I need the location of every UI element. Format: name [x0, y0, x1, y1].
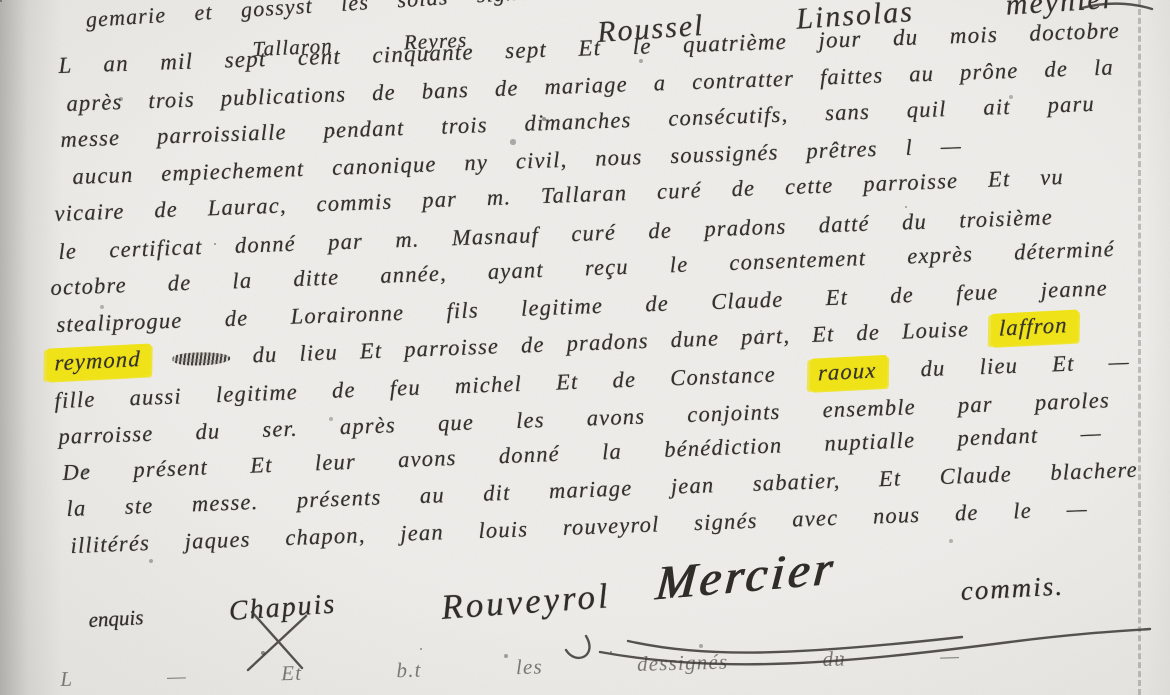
- manuscript-scan-page: gemarie et gossyst les solas signée Rous…: [0, 0, 1170, 695]
- highlight-reymond: reymond: [46, 343, 151, 380]
- signature-commis: commis.: [960, 571, 1065, 607]
- ink-scribble-mark: [173, 352, 231, 367]
- ink-specks: [0, 0, 2, 2]
- signature-rouveyrol: Rouveyrol: [440, 576, 612, 628]
- signature-mercier: Mercier: [653, 540, 838, 611]
- next-entry-fragment: L — Et b.t les dessignés du —: [60, 642, 960, 692]
- highlight-laffron: laffron: [991, 310, 1078, 347]
- highlight-raoux: raoux: [810, 355, 887, 391]
- record-line-10-post: du lieu Et —: [920, 349, 1130, 382]
- previous-entry-fragment: gemarie et gossyst les solas signée: [85, 0, 541, 33]
- signature-enquis: enquis: [88, 605, 144, 633]
- signature-chapuis: Chapuis: [228, 589, 337, 628]
- page-fold-crease: [1138, 0, 1141, 695]
